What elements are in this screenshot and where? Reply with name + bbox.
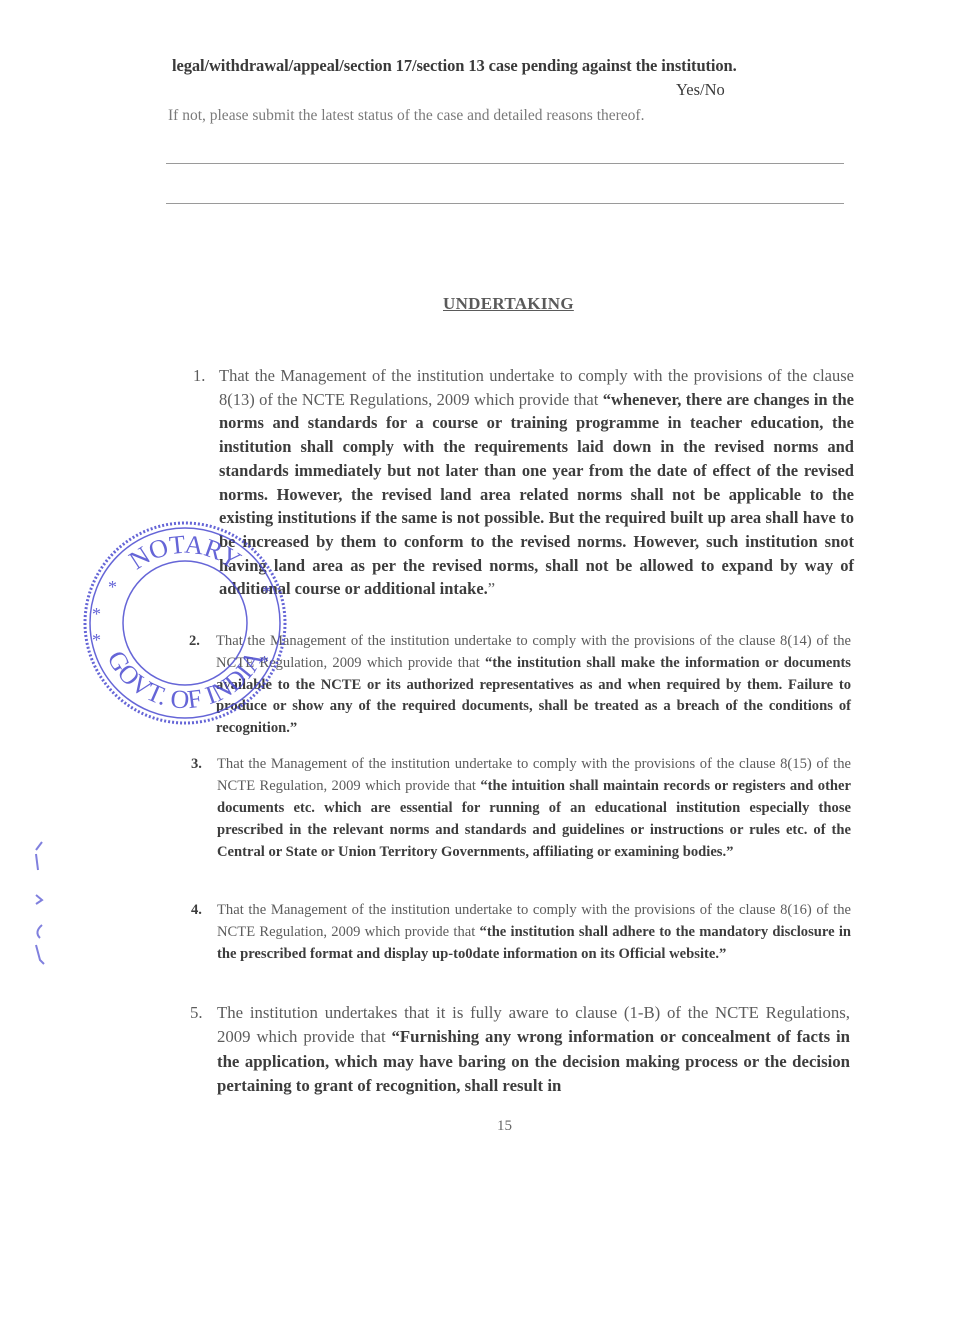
svg-text:*: * xyxy=(108,577,117,597)
undertaking-title: UNDERTAKING xyxy=(443,294,574,314)
item-number: 3. xyxy=(191,754,202,776)
item-quote: “whenever, there are changes in the norm… xyxy=(219,390,854,599)
answer-line-2 xyxy=(166,203,844,204)
item-tail: ” xyxy=(488,579,495,598)
page-number: 15 xyxy=(497,1118,512,1135)
undertaking-item-3: 3. That the Management of the institutio… xyxy=(217,754,851,864)
item-number: 1. xyxy=(193,364,205,388)
item-number: 4. xyxy=(191,900,202,922)
yes-no-option: Yes/No xyxy=(676,80,725,100)
answer-line-1 xyxy=(166,163,844,164)
item-number: 5. xyxy=(190,1001,203,1025)
undertaking-item-4: 4. That the Management of the institutio… xyxy=(217,900,851,966)
item-number: 2. xyxy=(189,631,200,653)
margin-ink-marks-icon xyxy=(28,840,68,970)
svg-text:*: * xyxy=(92,604,101,624)
pending-case-line: legal/withdrawal/appeal/section 17/secti… xyxy=(172,56,737,76)
undertaking-item-5: 5. The institution undertakes that it is… xyxy=(217,1001,850,1099)
undertaking-item-1: 1. That the Management of the institutio… xyxy=(219,364,854,601)
svg-text:*: * xyxy=(92,630,101,650)
if-not-instruction: If not, please submit the latest status … xyxy=(168,107,644,125)
undertaking-item-2: 2. That the Management of the institutio… xyxy=(216,631,851,740)
